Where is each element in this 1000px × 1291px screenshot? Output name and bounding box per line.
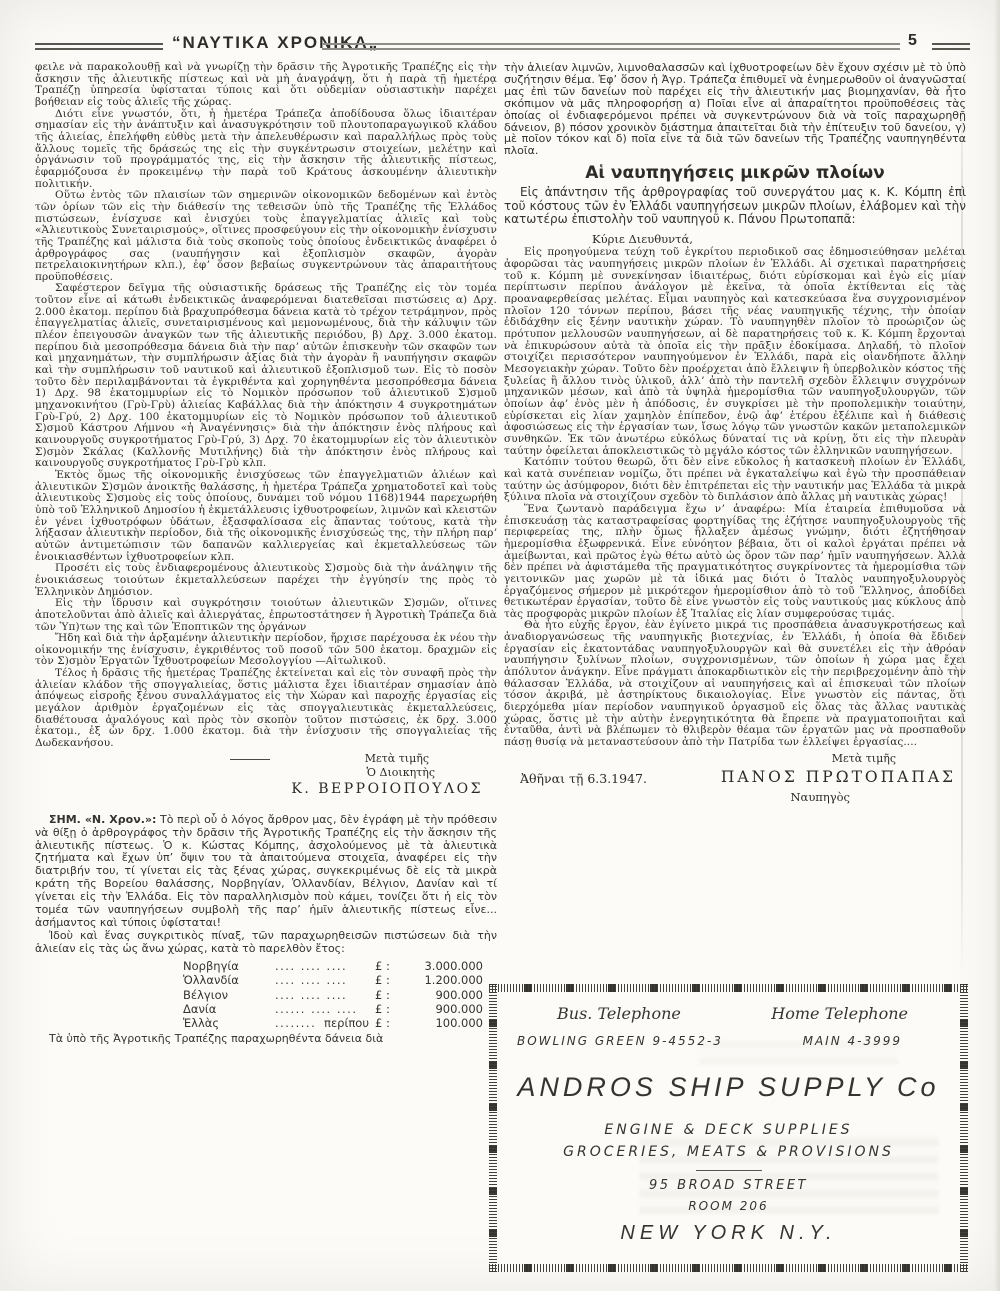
shipwright-signature-block: Μετὰ τιμῆς Ἀθῆναι τῇ 6.3.1947. ΠΑΝΟΣ ΠΡΩ… [504, 751, 966, 809]
ad-border-bottom [489, 1264, 968, 1272]
dot-leader: .... .... .... [275, 988, 367, 1002]
letter-paragraph-list: Εἰς προηγούμενα τεύχη τοῦ ἐγκρίτου περιο… [504, 247, 966, 748]
credit-amount: 900.000 [403, 1002, 483, 1016]
ad-border-left [489, 984, 497, 1272]
page-edge-shading [994, 0, 1000, 1291]
country-name: Ὁλλανδία [183, 973, 275, 987]
editor-note-label: ΣΗΜ. «Ν. Χρον.»: [49, 813, 156, 826]
body-paragraph: Οὕτω ἐντὸς τῶν πλαισίων τῶν σημερινῶν οἰ… [35, 190, 497, 283]
body-paragraph: Διότι εἶνε γνωστόν, ὅτι, ἡ ἡμετέρα Τράπε… [35, 109, 497, 191]
currency-symbol: £ : [375, 1002, 403, 1016]
separator-dash [230, 759, 270, 760]
body-paragraph: Προσέτι εἰς τοὺς ἐνδιαφερομένους ἁλιευτι… [35, 563, 497, 598]
body-paragraph: Ἐκτὸς ὅμως τῆς οἰκονομικῆς ἐνισχύσεως τῶ… [35, 470, 497, 563]
amount-qualifier: περίπου [324, 1016, 369, 1030]
signature-closing: Μετὰ τιμῆς [832, 752, 896, 765]
left-paragraph-list: Διότι εἶνε γνωστόν, ὅτι, ἡ ἡμετέρα Τράπε… [35, 109, 497, 750]
section-heading: Αἱ ναυπηγήσεις μικρῶν πλοίων [504, 163, 966, 183]
header-rule-left [35, 43, 163, 50]
credits-table: Νορβηγία .... .... .... £ : 3.000.000 Ὁλ… [183, 959, 483, 1031]
body-paragraph: Εἰς τὴν ἵδρυσιν καὶ συγκρότησιν τοιούτων… [35, 598, 497, 633]
telephone-labels-row: Bus. Telephone Home Telephone [497, 1004, 960, 1023]
signature-name: ΠΑΝΟΣ ΠΡΩΤΟΠΑΠΑΣ [721, 768, 956, 786]
letter-salutation: Κύριε Διευθυντά, [592, 232, 966, 246]
ad-room-number: ROOM 206 [497, 1199, 960, 1213]
dot-leader: ...... .... .... [275, 1002, 367, 1016]
dot-leader: .... .... .... [275, 959, 367, 973]
editor-note: ΣΗΜ. «Ν. Χρον.»: Τὸ περὶ οὗ ὁ λόγος ἄρθρ… [35, 814, 497, 1046]
body-paragraph: φειλε νὰ παρακολουθῇ καὶ νὰ γνωρίζῃ τὴν … [35, 62, 497, 109]
credit-amount: 1.200.000 [403, 973, 483, 987]
signature-role: Ὁ Διοικητὴς [367, 766, 435, 779]
director-signature-block: Μετὰ τιμῆς Ὁ Διοικητὴς Κ. ΒΕΡΡΟΙΟΠΟΥΛΟΣ [35, 752, 497, 802]
body-paragraph: Ἤδη καὶ διὰ τὴν ἀρξαμένην ἁλιευτικὴν περ… [35, 633, 497, 668]
editor-note-lead: ΣΗΜ. «Ν. Χρον.»: Τὸ περὶ οὗ ὁ λόγος ἄρθρ… [35, 814, 497, 930]
currency-symbol: £ : [375, 973, 403, 987]
credit-amount: 3.000.000 [403, 959, 483, 973]
ad-city: NEW YORK N.Y. [497, 1222, 960, 1245]
left-column: φειλε νὰ παρακολουθῇ καὶ νὰ γνωρίζῃ τὴν … [35, 62, 497, 1046]
letter-paragraph: Εἰς προηγούμενα τεύχη τοῦ ἐγκρίτου περιο… [504, 247, 966, 457]
table-intro: Ἰδοὺ καὶ ἕνας συγκριτικὸς πίναξ, τῶν παρ… [35, 930, 497, 956]
right-column: τὴν ἁλιείαν λιμνῶν, λιμνοθαλασσῶν καὶ ἰχ… [504, 62, 966, 809]
signature-role: Ναυπηγὸς [790, 790, 850, 804]
editor-note-text: Τὸ περὶ οὗ ὁ λόγος ἄρθρον μας, δὲν ἐγράφ… [35, 813, 497, 929]
ad-provisions-line: GROCERIES, MEATS & PROVISIONS [497, 1144, 960, 1160]
credit-row: Ὁλλανδία .... .... .... £ : 1.200.000 [183, 973, 483, 987]
dot-leader: .... .... .... [275, 973, 367, 987]
credit-row: Ἑλλὰς ........ περίπου £ : 100.000 [183, 1016, 483, 1030]
header-rule-middle [322, 43, 900, 50]
letter-paragraph: Ἕνα ζωντανὸ παράδειγμα ἔχω νʼ ἀναφέρω: Μ… [504, 504, 966, 621]
ad-street-address: 95 BROAD STREET [497, 1178, 960, 1193]
signature-name: Κ. ΒΕΡΡΟΙΟΠΟΥΛΟΣ [291, 781, 483, 797]
country-name: Νορβηγία [183, 959, 275, 973]
bus-telephone-label: Bus. Telephone [557, 1004, 681, 1023]
credit-row: Βέλγιον .... .... .... £ : 900.000 [183, 988, 483, 1002]
country-name: Ἑλλὰς [183, 1016, 275, 1030]
andros-ship-supply-advertisement: Bus. Telephone Home Telephone BOWLING GR… [489, 984, 968, 1272]
body-paragraph: Σαφέστερον δεῖγμα τῆς οὐσιαστικῆς δράσεω… [35, 283, 497, 470]
credit-amount: 900.000 [403, 988, 483, 1002]
ad-border-top [489, 984, 968, 992]
country-name: Δανία [183, 1002, 275, 1016]
advertiser-company-name: ANDROS SHIP SUPPLY Co [497, 1072, 960, 1103]
currency-symbol: £ : [375, 1016, 403, 1030]
letter-intro: Εἰς ἀπάντησιν τῆς ἀρθρογραφίας τοῦ συνερ… [504, 186, 966, 226]
dot-leader: ........ [275, 1016, 322, 1030]
currency-symbol: £ : [375, 959, 403, 973]
continuation-paragraph: τὴν ἁλιείαν λιμνῶν, λιμνοθαλασσῶν καὶ ἰχ… [504, 62, 966, 157]
credit-row: Νορβηγία .... .... .... £ : 3.000.000 [183, 959, 483, 973]
ad-divider-rule [696, 1170, 762, 1171]
note-closing-line: Τὰ ὑπὸ τῆς Ἀγροτικῆς Τραπέζης παραχωρηθέ… [35, 1033, 497, 1046]
ad-border-right [960, 984, 968, 1272]
telephone-numbers-row: BOWLING GREEN 9-4552-3 MAIN 4-3999 [497, 1034, 960, 1048]
letter-paragraph: Κατόπιν τούτου θεωρῶ, ὅτι δὲν εἶνε εὔκολ… [504, 457, 966, 504]
letter-paragraph: Θὰ ἦτο εὐχῆς ἔργον, ἐὰν ἐγίνετο μικρά τι… [504, 620, 966, 748]
currency-symbol: £ : [375, 988, 403, 1002]
bus-telephone-number: BOWLING GREEN 9-4552-3 [517, 1034, 723, 1048]
signature-closing: Μετὰ τιμῆς [365, 752, 429, 765]
credit-amount: 100.000 [403, 1016, 483, 1030]
home-telephone-label: Home Telephone [771, 1004, 908, 1023]
page-number: 5 [908, 32, 917, 50]
country-name: Βέλγιον [183, 988, 275, 1002]
credit-row: Δανία ...... .... .... £ : 900.000 [183, 1002, 483, 1016]
header-rule-right [932, 43, 970, 50]
letter-date: Ἀθῆναι τῇ 6.3.1947. [520, 771, 647, 786]
home-telephone-number: MAIN 4-3999 [803, 1034, 902, 1048]
body-paragraph: Τέλος ἡ δρᾶσις τῆς ἡμετέρας Τραπέζης ἐκτ… [35, 668, 497, 750]
ad-supplies-line: ENGINE & DECK SUPPLIES [497, 1122, 960, 1138]
magazine-page: “ΝΑΥΤΙΚΑ ΧΡΟΝΙΚΑ„ 5 φειλε νὰ παρακολουθῇ… [0, 0, 1000, 1291]
